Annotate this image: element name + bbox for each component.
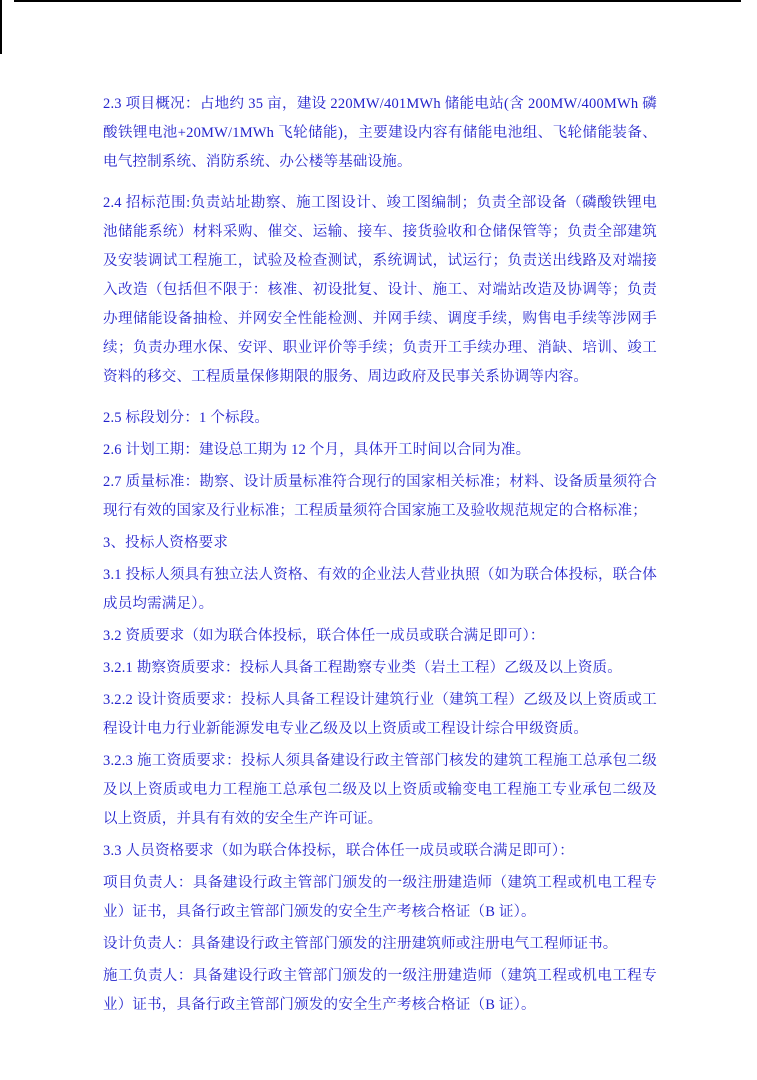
paragraph-2-6: 2.6 计划工期：建设总工期为 12 个月，具体开工时间以合同为准。 — [103, 436, 657, 465]
paragraph-2-4: 2.4 招标范围:负责站址勘察、施工图设计、竣工图编制；负责全部设备（磷酸铁锂电… — [103, 189, 657, 392]
paragraph-3-1: 3.1 投标人须具有独立法人资格、有效的企业法人营业执照（如为联合体投标，联合体… — [103, 561, 657, 619]
scan-edge-top — [14, 0, 741, 2]
paragraph-project-manager: 项目负责人：具备建设行政主管部门颁发的一级注册建造师（建筑工程或机电工程专业）证… — [103, 869, 657, 927]
paragraph-3-3: 3.3 人员资格要求（如为联合体投标，联合体任一成员或联合满足即可）： — [103, 837, 657, 866]
paragraph-3: 3、投标人资格要求 — [103, 529, 657, 558]
paragraph-construction-manager: 施工负责人：具备建设行政主管部门颁发的一级注册建造师（建筑工程或机电工程专业）证… — [103, 962, 657, 1020]
paragraph-3-2-3: 3.2.3 施工资质要求：投标人须具备建设行政主管部门核发的建筑工程施工总承包二… — [103, 747, 657, 834]
paragraph-2-3: 2.3 项目概况：占地约 35 亩，建设 220MW/401MWh 储能电站(含… — [103, 90, 657, 177]
paragraph-2-7: 2.7 质量标准：勘察、设计质量标准符合现行的国家相关标准；材料、设备质量须符合… — [103, 468, 657, 526]
paragraph-design-manager: 设计负责人：具备建设行政主管部门颁发的注册建筑师或注册电气工程师证书。 — [103, 930, 657, 959]
paragraph-2-5: 2.5 标段划分：1 个标段。 — [103, 404, 657, 433]
paragraph-3-2-2: 3.2.2 设计资质要求：投标人具备工程设计建筑行业（建筑工程）乙级及以上资质或… — [103, 686, 657, 744]
scan-edge-left — [0, 0, 2, 54]
document-page: 2.3 项目概况：占地约 35 亩，建设 220MW/401MWh 储能电站(含… — [0, 0, 757, 1080]
paragraph-3-2-1: 3.2.1 勘察资质要求：投标人具备工程勘察专业类（岩土工程）乙级及以上资质。 — [103, 654, 657, 683]
document-body: 2.3 项目概况：占地约 35 亩，建设 220MW/401MWh 储能电站(含… — [103, 90, 657, 1023]
paragraph-3-2: 3.2 资质要求（如为联合体投标，联合体任一成员或联合满足即可）： — [103, 622, 657, 651]
